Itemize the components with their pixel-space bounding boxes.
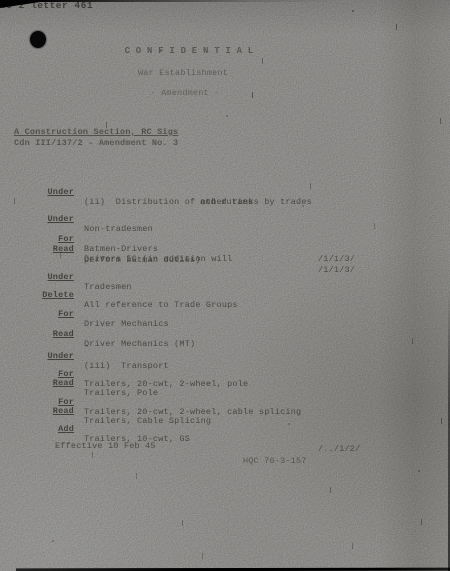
row-label: Read xyxy=(40,329,74,339)
paper-speck-marks xyxy=(0,0,2,2)
effective-date: Effective 10 Feb 45 xyxy=(55,441,156,451)
amendment-row: Add Trailers, 10-cwt, GS /../1/2/ xyxy=(0,414,450,464)
row-label: Add xyxy=(40,424,74,434)
heading-line-1: War Establishment xyxy=(0,68,408,78)
scan-edge-artifact-bottom xyxy=(16,568,450,571)
row-value: /../1/2/ xyxy=(318,444,360,454)
row-label: Under xyxy=(40,214,74,224)
classification-stamp: C O N F I D E N T I A L xyxy=(0,46,414,56)
heading-line-2: - Amendment - xyxy=(0,88,410,98)
establishment-reference: Cdn III/137/2 - Amendment No. 3 xyxy=(14,138,178,148)
unit-title: A Construction Section, RC Sigs xyxy=(14,127,178,137)
typed-content: C O N F I D E N T I A L GO 2 letter 461 … xyxy=(0,0,450,571)
row-label: For xyxy=(40,309,74,319)
file-number: HQC 76-3-157 xyxy=(243,456,307,466)
hole-punch-mark xyxy=(30,31,46,48)
scanned-document-page: C O N F I D E N T I A L GO 2 letter 461 … xyxy=(0,0,450,571)
scan-edge-artifact-top xyxy=(0,0,450,2)
